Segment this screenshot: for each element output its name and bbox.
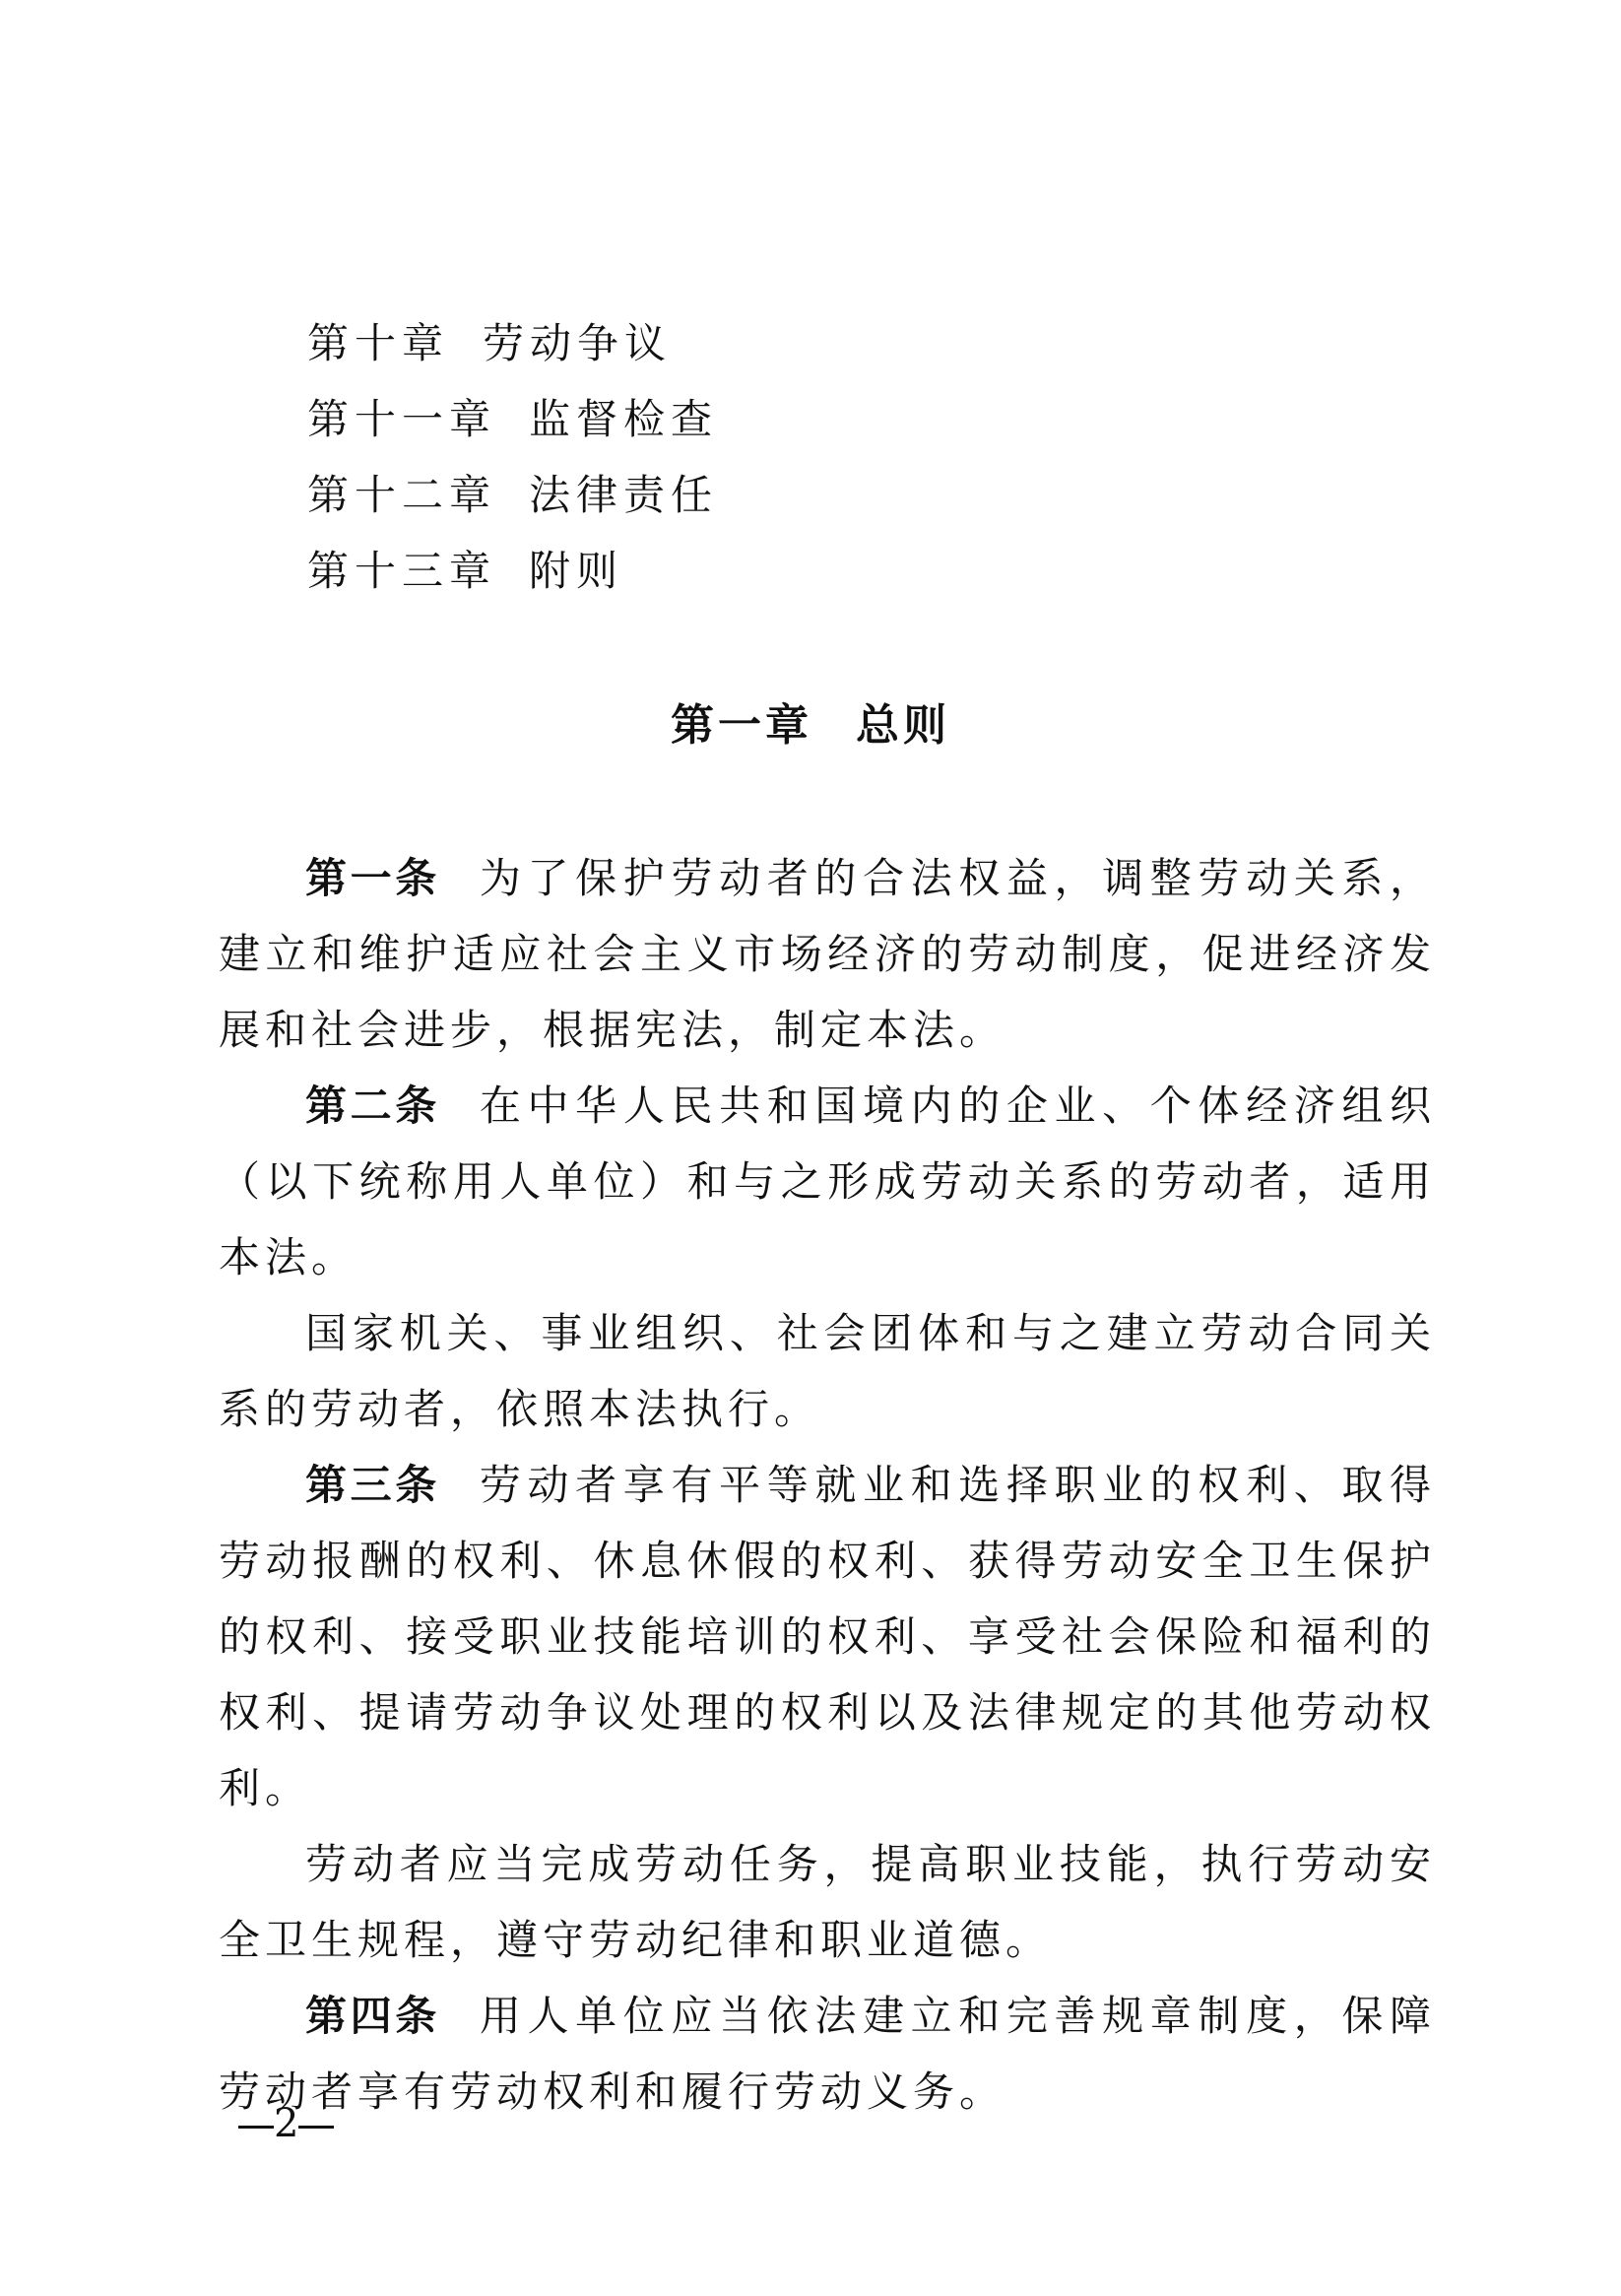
page-number: 2 — [238, 2101, 334, 2146]
chapter-title: 总则 — [856, 700, 950, 751]
article-label: 第二条 — [305, 1082, 440, 1130]
article-paragraph: 第一条为了保护劳动者的合法权益，调整劳动关系，建立和维护适应社会主义市场经济的劳… — [219, 840, 1436, 1068]
article-paragraph: 第四条用人单位应当依法建立和完善规章制度，保障劳动者享有劳动权利和履行劳动义务。 — [219, 1978, 1436, 2130]
toc-chapter-number: 第十章 — [307, 305, 483, 381]
toc-item: 第十三章附则 — [307, 533, 718, 609]
toc-chapter-number: 第十二章 — [307, 457, 529, 533]
article-label: 第三条 — [305, 1461, 440, 1509]
toc-item: 第十二章法律责任 — [307, 457, 718, 533]
paragraph-text: 劳动者应当完成劳动任务，提高职业技能，执行劳动安全卫生规程，遵守劳动纪律和职业道… — [219, 1840, 1436, 1964]
paragraph-text: 国家机关、事业组织、社会团体和与之建立劳动合同关系的劳动者，依照本法执行。 — [219, 1309, 1436, 1433]
page-number-value: 2 — [274, 2101, 298, 2146]
article-label: 第四条 — [305, 1992, 440, 2040]
chapter-heading: 第一章总则 — [0, 689, 1621, 753]
article-label: 第一条 — [305, 854, 440, 902]
toc-chapter-title: 劳动争议 — [483, 319, 672, 367]
body-paragraph: 劳动者应当完成劳动任务，提高职业技能，执行劳动安全卫生规程，遵守劳动纪律和职业道… — [219, 1826, 1436, 1978]
dash-right — [298, 2126, 334, 2129]
document-body: 第一条为了保护劳动者的合法权益，调整劳动关系，建立和维护适应社会主义市场经济的劳… — [219, 840, 1436, 2130]
table-of-contents: 第十章劳动争议 第十一章监督检查 第十二章法律责任 第十三章附则 — [307, 305, 718, 609]
toc-chapter-title: 附则 — [529, 547, 623, 595]
article-text: 劳动者享有平等就业和选择职业的权利、取得劳动报酬的权利、休息休假的权利、获得劳动… — [219, 1461, 1436, 1812]
toc-chapter-number: 第十三章 — [307, 533, 529, 609]
toc-chapter-title: 法律责任 — [529, 471, 718, 519]
article-paragraph: 第三条劳动者享有平等就业和选择职业的权利、取得劳动报酬的权利、休息休假的权利、获… — [219, 1447, 1436, 1826]
toc-chapter-number: 第十一章 — [307, 381, 529, 457]
toc-item: 第十章劳动争议 — [307, 305, 718, 381]
toc-item: 第十一章监督检查 — [307, 381, 718, 457]
toc-chapter-title: 监督检查 — [529, 395, 718, 443]
dash-left — [238, 2126, 274, 2129]
chapter-number: 第一章 — [671, 700, 812, 751]
body-paragraph: 国家机关、事业组织、社会团体和与之建立劳动合同关系的劳动者，依照本法执行。 — [219, 1295, 1436, 1447]
article-paragraph: 第二条在中华人民共和国境内的企业、个体经济组织（以下统称用人单位）和与之形成劳动… — [219, 1068, 1436, 1295]
